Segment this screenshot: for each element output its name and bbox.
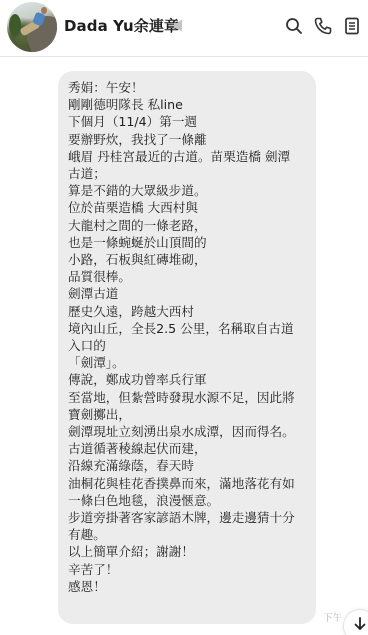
message-line: 「劍潭」。 (68, 354, 308, 371)
speaker-muted-icon (173, 19, 185, 32)
message-line: 至當地，但紮營時發現水源不足，因此將 (68, 389, 308, 406)
avatar-tree (9, 14, 21, 36)
message-timestamp: 下午 (323, 610, 342, 624)
message-line: 算是不錯的大眾級步道。 (68, 182, 308, 199)
phone-icon[interactable] (313, 16, 333, 36)
message-line: 秀娟：午安！ (68, 79, 308, 96)
message-line: 感恩！ (68, 578, 308, 595)
message-line: 小路，石板與紅磚堆砌， (68, 251, 308, 268)
message-line: 要辦野炊，我找了一條離 (68, 131, 308, 148)
message-line: 以上簡單介紹；謝謝！ (68, 543, 308, 560)
message-line: 古道； (68, 165, 308, 182)
message-line: 也是一條蜿蜒於山頂間的 (68, 234, 308, 251)
message-line: 沿線充滿綠蔭，春天時 (68, 457, 308, 474)
message-line: 步道旁掛著客家諺語木牌，邊走邊猜十分 (68, 509, 308, 526)
message-line: 境內山丘，全長2.5 公里，名稱取自古道 (68, 320, 308, 337)
message-line: 劍潭古道 (68, 285, 308, 302)
message-line: 古道循著稜線起伏而建， (68, 440, 308, 457)
message-line: 傳說，鄭成功曾率兵行軍 (68, 371, 308, 388)
message-bubble[interactable]: 秀娟：午安！ 剛剛德明隊長 私line 下個月（11/4）第一週 要辦野炊，我找… (58, 71, 316, 624)
message-line: 入口的 (68, 337, 308, 354)
message-line: 寶劍擲出， (68, 406, 308, 423)
message-line: 峨眉 丹桂宮最近的古道。苗栗造橋 劍潭 (68, 148, 308, 165)
message-line: 品質很棒。 (68, 268, 308, 285)
message-line: 剛剛德明隊長 私line (68, 96, 308, 113)
message-line: 歷史久遠，跨越大西村 (68, 303, 308, 320)
arrow-down-icon (353, 616, 367, 632)
message-line: 油桐花與桂花香撲鼻而來，滿地落花有如 (68, 475, 308, 492)
message-line: 辛苦了！ (68, 561, 308, 578)
search-icon[interactable] (284, 16, 304, 36)
chat-header: Dada Yu余連章 (0, 0, 368, 57)
scroll-to-bottom-button[interactable] (343, 609, 368, 635)
message-line: 下個月（11/4）第一週 (68, 113, 308, 130)
message-line: 位於苗栗造橋 大西村與 (68, 199, 308, 216)
avatar-person-head (41, 7, 47, 14)
message-line: 大龍村之間的一條老路， (68, 217, 308, 234)
notes-icon[interactable] (342, 16, 362, 36)
message-line: 劍潭現址立刻湧出泉水成潭，因而得名。 (68, 423, 308, 440)
contact-name[interactable]: Dada Yu余連章 (64, 15, 179, 36)
message-line: 有趣。 (68, 526, 308, 543)
avatar[interactable] (7, 2, 57, 52)
message-line: 一條白色地毯，浪漫愜意。 (68, 492, 308, 509)
